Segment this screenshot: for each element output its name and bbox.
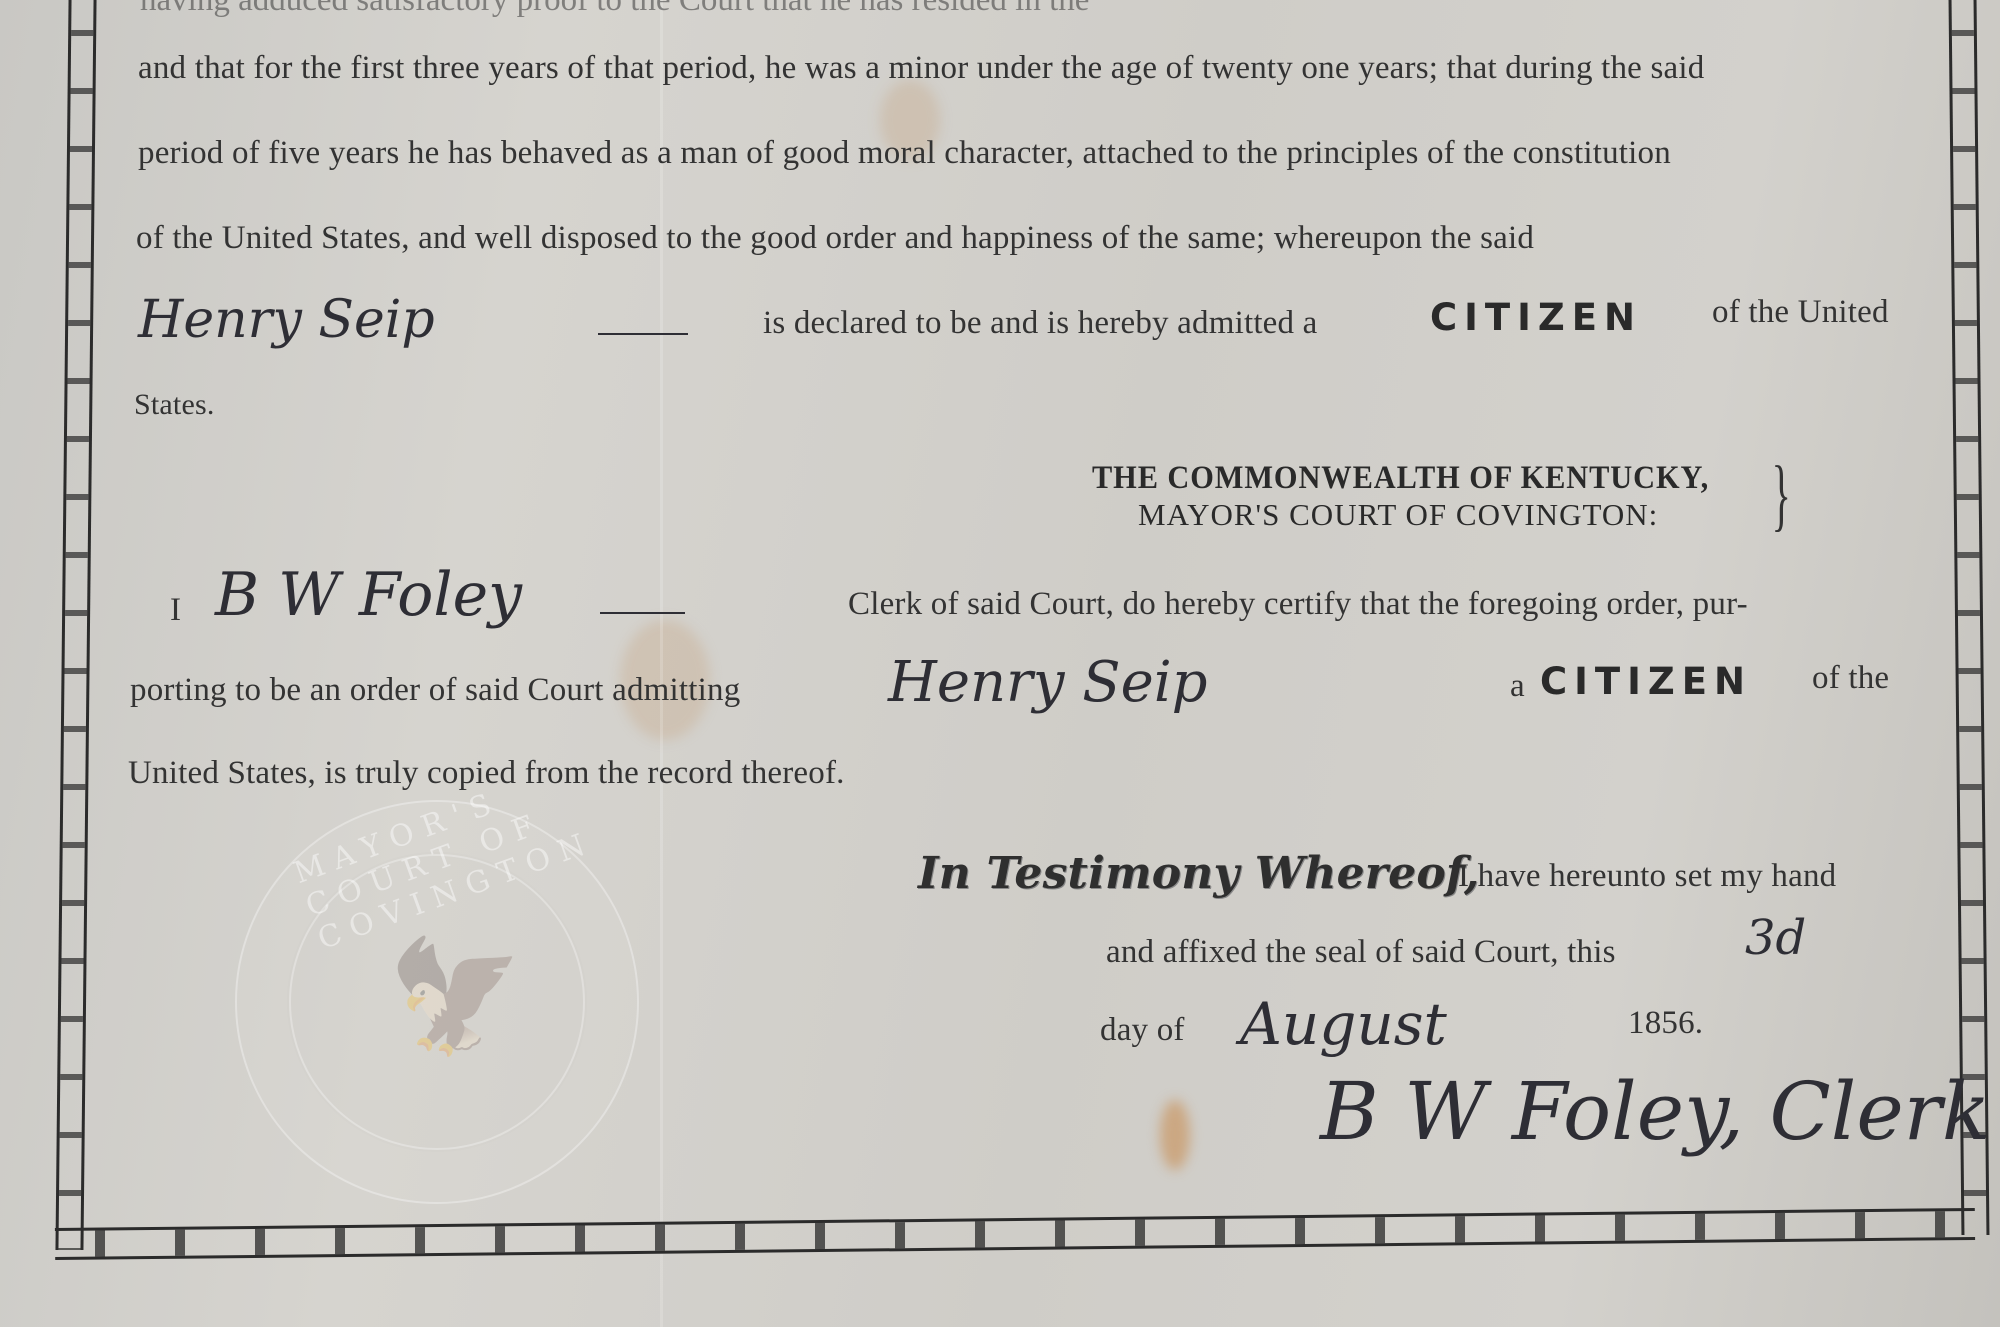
cut-off-text-line: having adduced satisfactory proof to the… <box>140 0 1089 19</box>
handwritten-month: August <box>1240 990 1447 1058</box>
certificate-paper: having adduced satisfactory proof to the… <box>0 0 2000 1327</box>
ornamental-border-right <box>1949 0 1990 1235</box>
article-a: a <box>1510 668 1525 705</box>
clerk-prefix: I <box>170 592 181 629</box>
handwritten-day: 3d <box>1745 910 1806 966</box>
heading-brace: } <box>1772 455 1791 535</box>
paper-stain <box>1160 1100 1190 1170</box>
heading-mayors-court: MAYOR'S COURT OF COVINGTON: <box>1138 497 1658 533</box>
citizen-word: CITIZEN <box>1430 296 1642 339</box>
handwritten-citizen-name: Henry Seip <box>138 290 435 350</box>
clerk-clause-line-2-end: of the <box>1812 660 1889 697</box>
testimony-gothic: In Testimony Whereof, <box>918 848 1480 899</box>
fold-line <box>660 0 663 1327</box>
heading-commonwealth: THE COMMONWEALTH OF KENTUCKY, <box>1092 460 1709 497</box>
body-line-1: and that for the first three years of th… <box>138 50 1704 87</box>
testimony-line-3: day of <box>1100 1012 1185 1049</box>
clerk-signature: B W Foley, Clerk <box>1320 1065 1990 1158</box>
blank-line <box>600 612 685 614</box>
citizen-clause-text: is declared to be and is hereby admitted… <box>763 305 1318 342</box>
eagle-icon: 🦅 <box>387 932 524 1061</box>
citizen-clause-continuation: States. <box>134 388 215 422</box>
handwritten-clerk-name: B W Foley <box>215 560 522 630</box>
citizen-word-2: CITIZEN <box>1540 660 1752 703</box>
year: 1856. <box>1628 1005 1703 1042</box>
body-line-2: period of five years he has behaved as a… <box>138 135 1671 172</box>
testimony-line-2: and affixed the seal of said Court, this <box>1106 934 1616 971</box>
ornamental-border-left <box>55 0 96 1250</box>
citizen-clause-end: of the United <box>1712 294 1889 331</box>
body-line-3: of the United States, and well disposed … <box>136 220 1534 257</box>
ornamental-border-bottom <box>55 1208 1975 1260</box>
clerk-clause-text: Clerk of said Court, do hereby certify t… <box>848 586 1748 623</box>
testimony-text: I have hereunto set my hand <box>1458 858 1836 895</box>
blank-line <box>598 333 688 335</box>
clerk-clause-line-2: porting to be an order of said Court adm… <box>130 672 740 709</box>
handwritten-citizen-name-2: Henry Seip <box>888 650 1208 715</box>
embossed-seal: MAYOR'S COURT OF COVINGTON 🦅 <box>235 800 639 1204</box>
